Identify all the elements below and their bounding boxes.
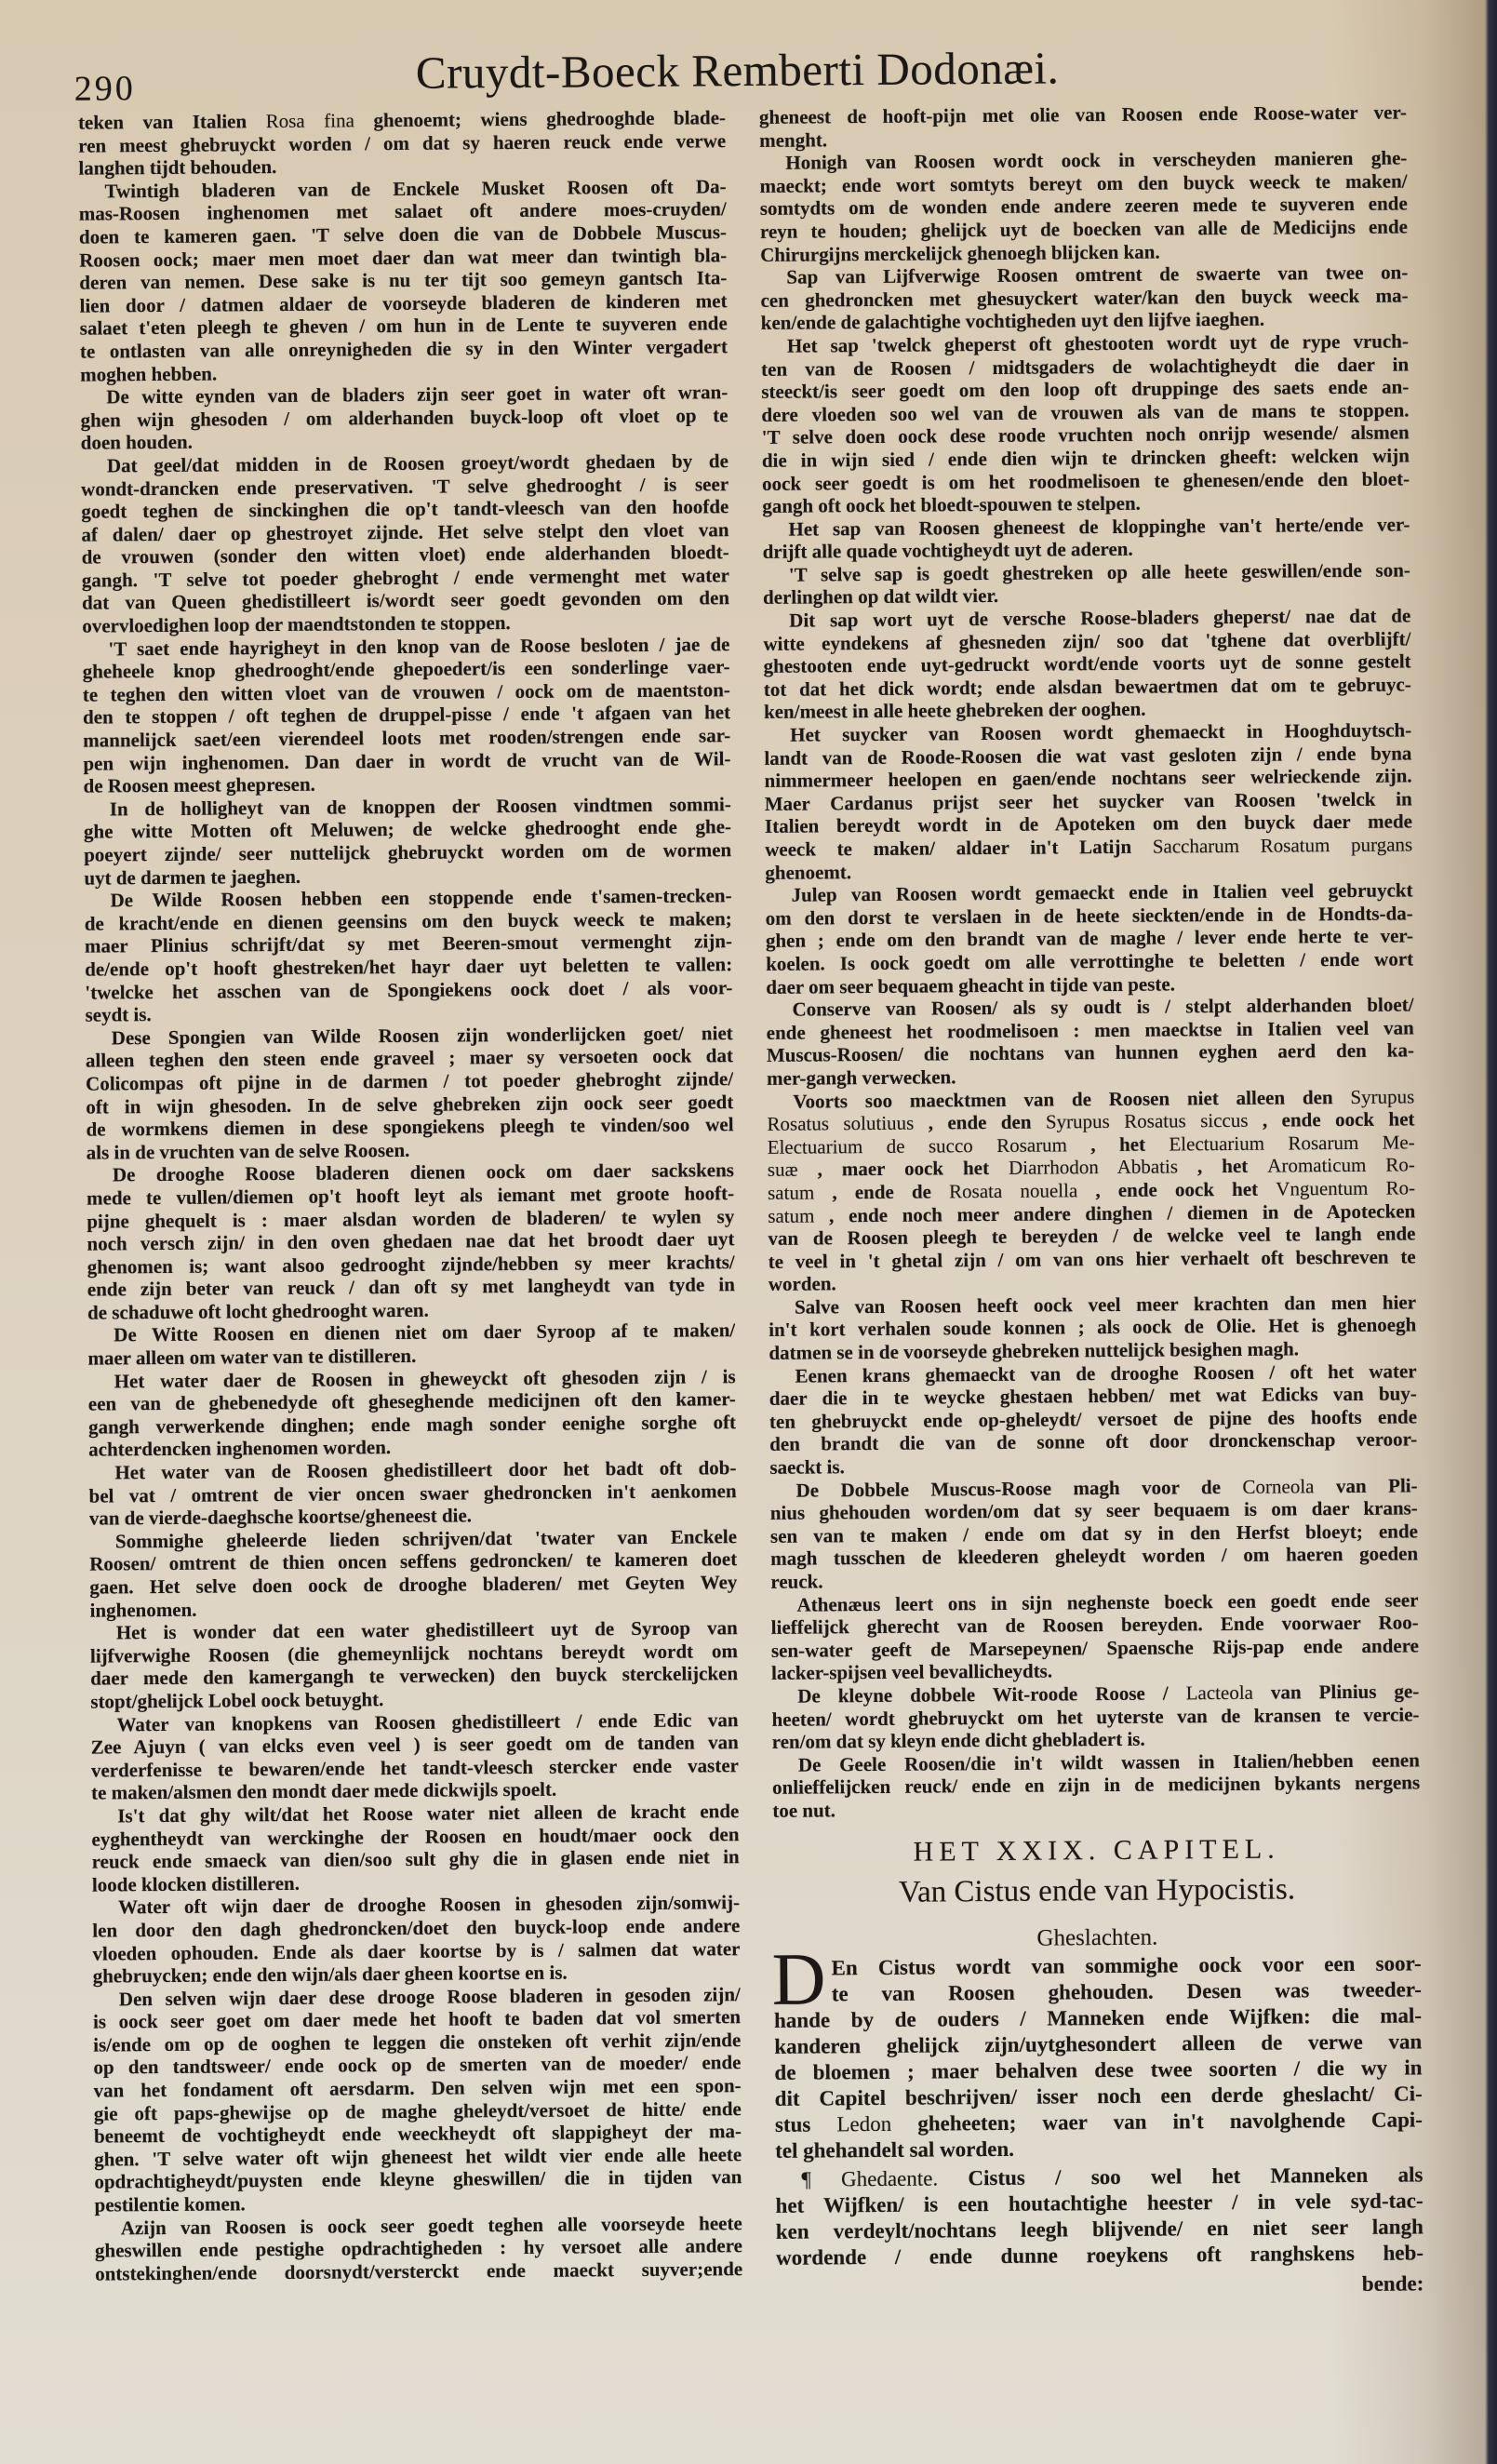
text-segment: van Pli- xyxy=(1314,1474,1417,1497)
paragraph: Julep van Roosen wordt gemaeckt ende in … xyxy=(765,879,1413,998)
text-segment: ghenoemt; wiens ghedrooghde blade- xyxy=(354,106,726,131)
roman-type-segment: Rosata nouella xyxy=(949,1179,1077,1202)
text-segment: Cistus / soo wel het Manneken als xyxy=(938,2163,1423,2189)
text-segment: , ende den xyxy=(914,1111,1046,1134)
paragraph: De drooghe Roose bladeren dienen oock om… xyxy=(87,1158,735,1324)
paragraph: 'T selve sap is goedt ghestreken op alle… xyxy=(763,558,1410,609)
paragraph: De Wilde Roosen hebben een stoppende end… xyxy=(84,884,732,1026)
section-heading: Gheslachten. xyxy=(773,1923,1421,1951)
paragraph: Water oft wijn daer de drooghe Roosen in… xyxy=(92,1891,741,1988)
paragraph: 'T saet ende hayrigheyt in den knop van … xyxy=(82,633,730,798)
paragraph: gheneest de hooft-pijn met olie van Roos… xyxy=(759,100,1407,152)
text-line: tel ghehandelt sal worden. xyxy=(775,2133,1423,2163)
paragraph: Het suycker van Roosen wordt ghemaeckt i… xyxy=(764,718,1412,884)
chapter-intro-paragraph: En Cistus wordt van sommighe oock voor e… xyxy=(774,1950,1423,2163)
roman-type-segment: ¶ Ghedaente. xyxy=(801,2166,938,2190)
text-segment: teken van Italien xyxy=(78,110,266,134)
paragraph: Het water van de Roosen ghedistilleert d… xyxy=(88,1456,737,1530)
roman-type-segment: suæ xyxy=(768,1158,798,1181)
roman-type-segment: Corneola xyxy=(1242,1475,1314,1498)
roman-type-segment: Electuarium de succo Rosarum xyxy=(768,1133,1067,1158)
roman-type-segment: Saccharum Rosatum purgans xyxy=(1153,833,1413,857)
chapter-title: Van Cistus ende van Hypocistis. xyxy=(773,1873,1421,1908)
text-segment: , ende de xyxy=(814,1180,949,1203)
paragraph: Sommighe gheleerde lieden schrijven/dat … xyxy=(89,1525,738,1622)
text-segment: , ende oock het xyxy=(1077,1177,1276,1201)
paragraph: Conserve van Roosen/ als sy oudt is / st… xyxy=(766,994,1414,1091)
roman-type-segment: Rosa fina xyxy=(266,109,354,132)
paragraph: Salve van Roosen heeft oock veel meer kr… xyxy=(769,1291,1417,1364)
paragraph: teken van Italien Rosa fina ghenoemt; wi… xyxy=(78,106,727,180)
paragraph: De Witte Roosen en dienen niet om daer S… xyxy=(87,1319,735,1371)
text-segment: De kleyne dobbele Wit-roode Roose / xyxy=(797,1681,1186,1707)
right-text-column: gheneest de hooft-pijn met olie van Roos… xyxy=(759,100,1420,1822)
text-segment: , het xyxy=(1067,1132,1170,1156)
paragraph: Athenæus leert ons in sijn neghenste boe… xyxy=(770,1588,1419,1685)
text-segment: De Dobbele Muscus-Roose magh voor de xyxy=(795,1476,1242,1502)
roman-type-segment: Ledon xyxy=(836,2112,891,2136)
paragraph: Het water daer de Roosen in gheweyckt of… xyxy=(88,1365,737,1462)
paragraph: Het sap 'twelck gheperst oft ghestooten … xyxy=(761,329,1410,517)
roman-type-segment: satum xyxy=(768,1181,814,1203)
text-line: wordende / ende dunne roeykens oft rangh… xyxy=(776,2240,1423,2270)
roman-type-segment: Aromaticum Ro- xyxy=(1267,1154,1415,1177)
running-title: Cruydt-Boeck Remberti Dodonæi. xyxy=(272,44,1202,97)
paragraph: Twintigh bladeren van de Enckele Musket … xyxy=(78,175,728,386)
text-line: ontstekinghen/ende doorsnydt/versterckt … xyxy=(95,2257,742,2285)
catchword: bende: xyxy=(776,2270,1423,2301)
roman-type-segment: Vnguentum Ro- xyxy=(1276,1176,1415,1199)
roman-type-segment: Electuarium Rosarum Me- xyxy=(1169,1131,1414,1155)
paragraph: De Geele Roosen/die in't wildt wassen in… xyxy=(772,1748,1421,1822)
paragraph: Is't dat ghy wilt/dat het Roose water ni… xyxy=(91,1800,740,1896)
paragraph: Eenen krans ghemaeckt van de drooghe Roo… xyxy=(769,1359,1418,1479)
text-segment: gheheeten; waer van in't navolghende Cap… xyxy=(891,2108,1423,2135)
paragraph: Dat geel/dat midden in de Roosen groeyt/… xyxy=(81,449,730,637)
text-segment: , ende oock het xyxy=(1248,1108,1414,1132)
paragraph: Azijn van Roosen is oock seer goedt tegh… xyxy=(95,2212,743,2285)
chapter-heading: HET XXIX. CAPITEL. xyxy=(773,1834,1421,1867)
text-segment: stus xyxy=(775,2112,837,2136)
roman-type-segment: Syrupus Rosatus siccus xyxy=(1046,1109,1249,1133)
left-text-column: teken van Italien Rosa fina ghenoemt; wi… xyxy=(78,106,742,2285)
paragraph: Het sap van Roosen gheneest de kloppingh… xyxy=(762,513,1410,564)
paragraph: Het is wonder dat een water ghedistillee… xyxy=(90,1616,739,1713)
text-segment: , maer oock het xyxy=(797,1157,1009,1181)
paragraph: Water van knopkens van Roosen ghedistill… xyxy=(90,1708,739,1805)
paragraph: De witte eynden van de bladers zijn seer… xyxy=(80,381,728,454)
text-segment: van Plinius ge- xyxy=(1253,1680,1420,1703)
roman-type-segment: Rosatus solutiuus xyxy=(767,1112,914,1135)
paragraph: De kleyne dobbele Wit-roode Roose / Lact… xyxy=(771,1680,1420,1753)
paragraph: Den selven wijn daer dese drooge Roose b… xyxy=(93,1983,742,2216)
page-number: 290 xyxy=(74,71,136,107)
text-segment: weeck te maken/ aldaer in't Latijn xyxy=(765,836,1153,861)
paragraph: In de holligheyt van de knoppen der Roos… xyxy=(84,793,732,890)
roman-type-segment: Syrupus xyxy=(1350,1085,1414,1108)
roman-type-segment: Lacteola xyxy=(1186,1681,1253,1705)
paragraph: Honigh van Roosen wordt oock in verschey… xyxy=(759,147,1408,266)
ghedaente-paragraph: ¶ Ghedaente. Cistus / soo wel het Mannek… xyxy=(775,2162,1423,2270)
paragraph: Dit sap wort uyt de versche Roose-blader… xyxy=(763,604,1411,723)
roman-type-segment: Diarrhodon Abbatis xyxy=(1009,1156,1178,1179)
roman-type-segment: satum xyxy=(768,1204,814,1226)
paragraph: Voorts soo maecktmen van de Roosen niet … xyxy=(767,1085,1416,1296)
paragraph: De Dobbele Muscus-Roose magh voor de Cor… xyxy=(769,1474,1418,1593)
text-line: stus Ledon gheheeten; waer van in't navo… xyxy=(775,2107,1423,2137)
paragraph: Dese Spongien van Wilde Roosen zijn wond… xyxy=(86,1022,734,1164)
text-segment: , het xyxy=(1178,1155,1267,1178)
paragraph: Sap van Lijfverwige Roosen omtrent de sw… xyxy=(760,261,1409,335)
book-page: 290 Cruydt-Boeck Remberti Dodonæi. teken… xyxy=(0,0,1497,2464)
